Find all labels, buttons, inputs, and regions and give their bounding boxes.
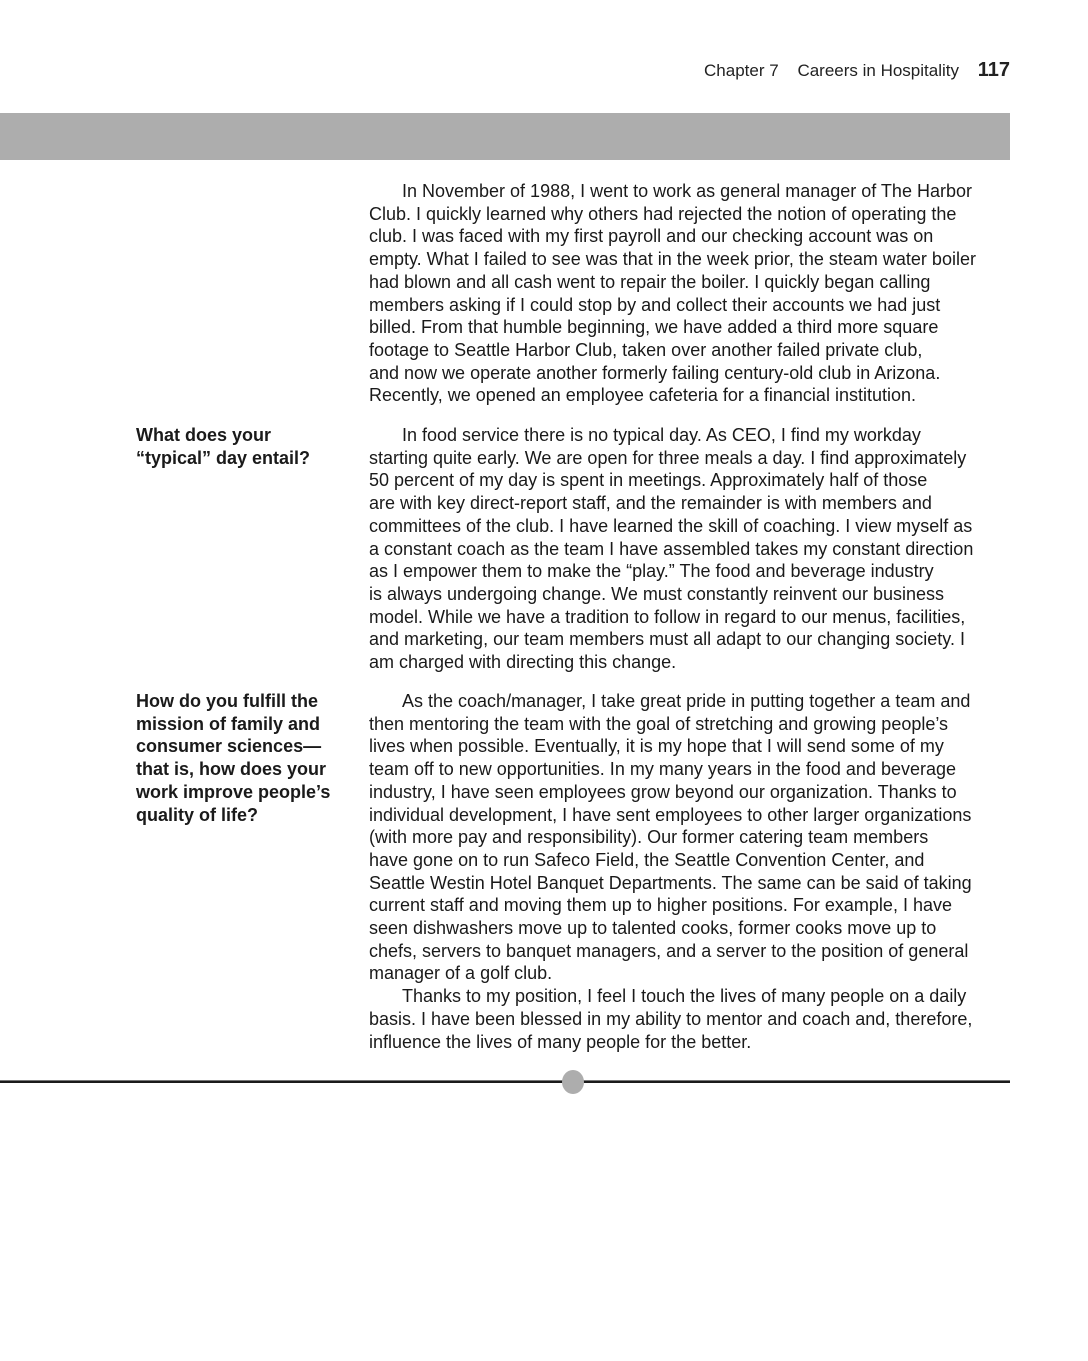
- header-band: [0, 113, 1010, 160]
- question-heading: What does your “typical” day entail?: [136, 424, 356, 469]
- running-head: Chapter 7 Careers in Hospitality 117: [704, 58, 1010, 83]
- chapter-title: Careers in Hospitality: [797, 61, 959, 80]
- paragraph: In food service there is no typical day.…: [369, 424, 1011, 674]
- paragraph: As the coach/manager, I take great pride…: [369, 690, 1011, 985]
- answer-body: In November of 1988, I went to work as g…: [369, 180, 1011, 407]
- page-number: 117: [978, 59, 1010, 81]
- question-heading: How do you fulfill the mission of family…: [136, 690, 356, 826]
- answer-body: In food service there is no typical day.…: [369, 424, 1011, 674]
- paragraph: In November of 1988, I went to work as g…: [369, 180, 1011, 407]
- section-divider-rule: [0, 1080, 1010, 1083]
- chapter-label: Chapter 7: [704, 61, 779, 80]
- divider-dot-ornament: [562, 1070, 584, 1094]
- paragraph: Thanks to my position, I feel I touch th…: [369, 985, 1011, 1053]
- answer-body: As the coach/manager, I take great pride…: [369, 690, 1011, 1053]
